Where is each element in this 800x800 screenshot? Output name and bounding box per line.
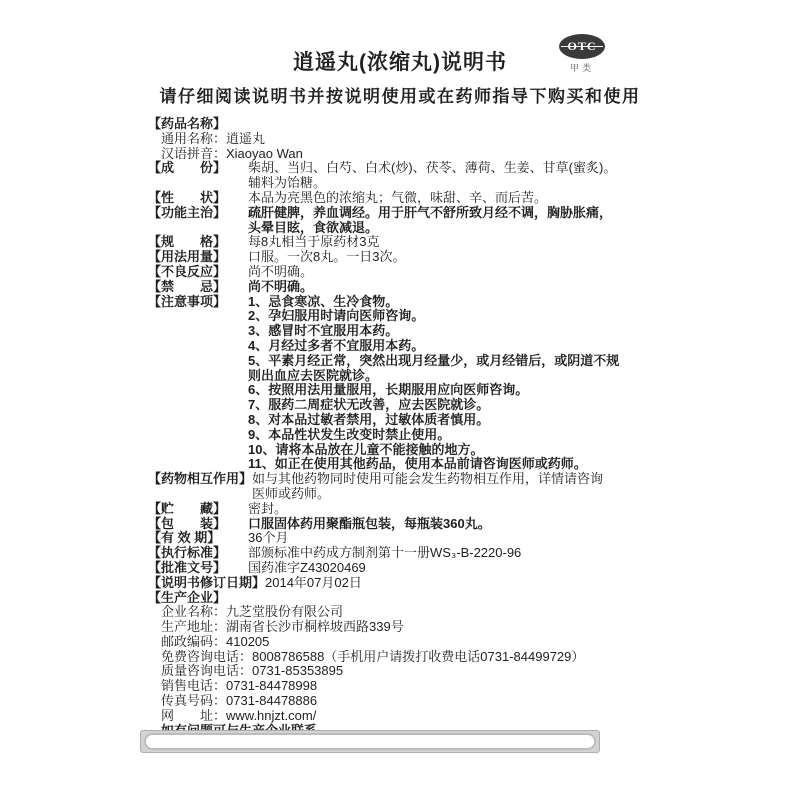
leaflet-line: 【贮 藏】密封。 (148, 502, 646, 517)
leaflet-line: 【不良反应】尚不明确。 (148, 265, 646, 280)
leaflet-line: 【注意事项】4、月经过多者不宜服用本药。 (148, 339, 646, 354)
leaflet-header: 逍遥丸(浓缩丸)说明书 OTC 甲类 请仔细阅读说明书并按说明使用或在药师指导下… (0, 0, 800, 107)
section-text: 36个月 (248, 531, 646, 546)
section-text: 网 址：www.hnjzt.com/ (148, 709, 646, 724)
section-text: 每8丸相当于原药材3克 (248, 235, 646, 250)
section-text: 国药准字Z43020469 (248, 561, 646, 576)
section-label: 【批准文号】 (148, 561, 248, 576)
leaflet-line: 【注意事项】5、平素月经正常，突然出现月经量少，或月经错后，或阴道不规 (148, 354, 646, 369)
leaflet-line: 网 址：www.hnjzt.com/ (148, 709, 646, 724)
leaflet-line: 【有 效 期】36个月 (148, 531, 646, 546)
leaflet-line: 销售电话：0731-84478998 (148, 679, 646, 694)
fold-mark-bar (140, 730, 600, 753)
leaflet-line: 【规 格】每8丸相当于原药材3克 (148, 235, 646, 250)
leaflet-line: 【注意事项】7、服药二周症状无改善，应去医院就诊。 (148, 398, 646, 413)
section-text: 10、请将本品放在儿童不能接触的地方。 (248, 443, 646, 458)
section-text: 11、如正在使用其他药品，使用本品前请咨询医师或药师。 (248, 457, 646, 472)
leaflet-line: 【生产企业】 (148, 591, 646, 606)
leaflet-line: 【注意事项】则出血应去医院就诊。 (148, 369, 646, 384)
section-text: 邮政编码：410205 (148, 635, 646, 650)
leaflet-line: 通用名称：逍遥丸 (148, 132, 646, 147)
leaflet-line: 质量咨询电话：0731-85353895 (148, 664, 646, 679)
section-text: 1、忌食寒凉、生冷食物。 (248, 295, 646, 310)
otc-logo: OTC 甲类 (556, 34, 608, 74)
leaflet-line: 【注意事项】6、按照用法用量服用，长期服用应向医师咨询。 (148, 383, 646, 398)
leaflet-line: 【执行标准】部颁标准中药成方制剂第十一册WS₃-B-2220-96 (148, 546, 646, 561)
section-text: 口服固体药用聚酯瓶包装，每瓶装360丸。 (248, 517, 646, 532)
section-text: 9、本品性状发生改变时禁止使用。 (248, 428, 646, 443)
section-text: 企业名称：九芝堂股份有限公司 (148, 605, 646, 620)
otc-label: OTC (567, 39, 596, 54)
leaflet-line: 生产地址：湖南省长沙市桐梓坡西路339号 (148, 620, 646, 635)
section-label: 【执行标准】 (148, 546, 248, 561)
section-label: 【生产企业】 (148, 591, 248, 606)
leaflet-line: 【成 份】辅料为饴糖。 (148, 176, 646, 191)
section-text: 3、感冒时不宜服用本药。 (248, 324, 646, 339)
leaflet-line: 【注意事项】10、请将本品放在儿童不能接触的地方。 (148, 443, 646, 458)
leaflet-line: 【批准文号】国药准字Z43020469 (148, 561, 646, 576)
section-text: 医师或药师。 (252, 487, 646, 502)
leaflet-line: 【成 份】柴胡、当归、白芍、白术(炒)、茯苓、薄荷、生姜、甘草(蜜炙)。 (148, 161, 646, 176)
section-text: 8、对本品过敏者禁用，过敏体质者慎用。 (248, 413, 646, 428)
fold-mark-pill (144, 733, 596, 750)
section-text: 如与其他药物同时使用可能会发生药物相互作用，详情请咨询 (252, 472, 646, 487)
section-text: 2014年07月02日 (265, 576, 646, 591)
section-text: 辅料为饴糖。 (248, 176, 646, 191)
section-text: 4、月经过多者不宜服用本药。 (248, 339, 646, 354)
leaflet-line: 【注意事项】9、本品性状发生改变时禁止使用。 (148, 428, 646, 443)
leaflet-line: 【说明书修订日期】2014年07月02日 (148, 576, 646, 591)
section-text: 尚不明确。 (248, 280, 646, 295)
leaflet-page: 逍遥丸(浓缩丸)说明书 OTC 甲类 请仔细阅读说明书并按说明使用或在药师指导下… (0, 0, 800, 800)
section-label: 【禁 忌】 (148, 280, 248, 295)
section-text: 生产地址：湖南省长沙市桐梓坡西路339号 (148, 620, 646, 635)
leaflet-line: 【包 装】口服固体药用聚酯瓶包装，每瓶装360丸。 (148, 517, 646, 532)
leaflet-line: 企业名称：九芝堂股份有限公司 (148, 605, 646, 620)
leaflet-line: 【功能主治】疏肝健脾，养血调经。用于肝气不舒所致月经不调，胸胁胀痛， (148, 206, 646, 221)
leaflet-line: 【注意事项】8、对本品过敏者禁用，过敏体质者慎用。 (148, 413, 646, 428)
section-text: 免费咨询电话：8008786588（手机用户请拨打收费电话0731-844997… (148, 650, 646, 665)
section-label: 【药物相互作用】 (148, 472, 252, 487)
leaflet-line: 【注意事项】2、孕妇服用时请向医师咨询。 (148, 309, 646, 324)
section-text: 疏肝健脾，养血调经。用于肝气不舒所致月经不调，胸胁胀痛， (248, 206, 646, 221)
page-title: 逍遥丸(浓缩丸)说明书 (0, 46, 800, 76)
leaflet-line: 邮政编码：410205 (148, 635, 646, 650)
section-label: 【包 装】 (148, 517, 248, 532)
section-label: 【用法用量】 (148, 250, 248, 265)
section-label: 【成 份】 (148, 161, 248, 176)
leaflet-line: 【禁 忌】尚不明确。 (148, 280, 646, 295)
section-label: 【药品名称】 (148, 117, 248, 132)
otc-class-label: 甲类 (556, 61, 608, 74)
leaflet-line: 【注意事项】3、感冒时不宜服用本药。 (148, 324, 646, 339)
section-label: 【规 格】 (148, 235, 248, 250)
section-text: 部颁标准中药成方制剂第十一册WS₃-B-2220-96 (248, 546, 646, 561)
usage-notice: 请仔细阅读说明书并按说明使用或在药师指导下购买和使用 (0, 82, 800, 107)
section-text: 6、按照用法用量服用，长期服用应向医师咨询。 (248, 383, 646, 398)
section-text: 尚不明确。 (248, 265, 646, 280)
section-text: 则出血应去医院就诊。 (248, 369, 646, 384)
leaflet-line: 【药品名称】 (148, 117, 646, 132)
leaflet-line: 【用法用量】口服。一次8丸。一日3次。 (148, 250, 646, 265)
leaflet-line: 传真号码：0731-84478886 (148, 694, 646, 709)
otc-badge-icon: OTC (559, 34, 605, 59)
section-text: 7、服药二周症状无改善，应去医院就诊。 (248, 398, 646, 413)
leaflet-line: 免费咨询电话：8008786588（手机用户请拨打收费电话0731-844997… (148, 650, 646, 665)
section-text: 口服。一次8丸。一日3次。 (248, 250, 646, 265)
leaflet-line: 【功能主治】头晕目眩，食欲减退。 (148, 221, 646, 236)
leaflet-line: 【性 状】本品为亮黑色的浓缩丸；气微，味甜、辛、而后苦。 (148, 191, 646, 206)
section-text: 本品为亮黑色的浓缩丸；气微，味甜、辛、而后苦。 (248, 191, 646, 206)
leaflet-line: 【注意事项】1、忌食寒凉、生冷食物。 (148, 295, 646, 310)
section-text: 密封。 (248, 502, 646, 517)
section-text: 头晕目眩，食欲减退。 (248, 221, 646, 236)
section-text: 传真号码：0731-84478886 (148, 694, 646, 709)
leaflet-body: 【药品名称】 通用名称：逍遥丸 汉语拼音：Xiaoyao Wan【成 份】柴胡、… (148, 117, 646, 738)
section-label: 【性 状】 (148, 191, 248, 206)
leaflet-line: 【注意事项】11、如正在使用其他药品，使用本品前请咨询医师或药师。 (148, 457, 646, 472)
leaflet-line: 【药物相互作用】如与其他药物同时使用可能会发生药物相互作用，详情请咨询 (148, 472, 646, 487)
section-label: 【注意事项】 (148, 295, 248, 310)
section-label: 【贮 藏】 (148, 502, 248, 517)
section-label: 【功能主治】 (148, 206, 248, 221)
leaflet-line: 【药物相互作用】医师或药师。 (148, 487, 646, 502)
section-text: 销售电话：0731-84478998 (148, 679, 646, 694)
leaflet-line: 汉语拼音：Xiaoyao Wan (148, 147, 646, 162)
section-text: 质量咨询电话：0731-85353895 (148, 664, 646, 679)
section-text: 通用名称：逍遥丸 (148, 132, 646, 147)
section-text: 汉语拼音：Xiaoyao Wan (148, 147, 646, 162)
section-label: 【不良反应】 (148, 265, 248, 280)
section-text: 2、孕妇服用时请向医师咨询。 (248, 309, 646, 324)
section-label: 【有 效 期】 (148, 531, 248, 546)
section-text: 5、平素月经正常，突然出现月经量少，或月经错后，或阴道不规 (248, 354, 646, 369)
section-label: 【说明书修订日期】 (148, 576, 265, 591)
section-text: 柴胡、当归、白芍、白术(炒)、茯苓、薄荷、生姜、甘草(蜜炙)。 (248, 161, 646, 176)
